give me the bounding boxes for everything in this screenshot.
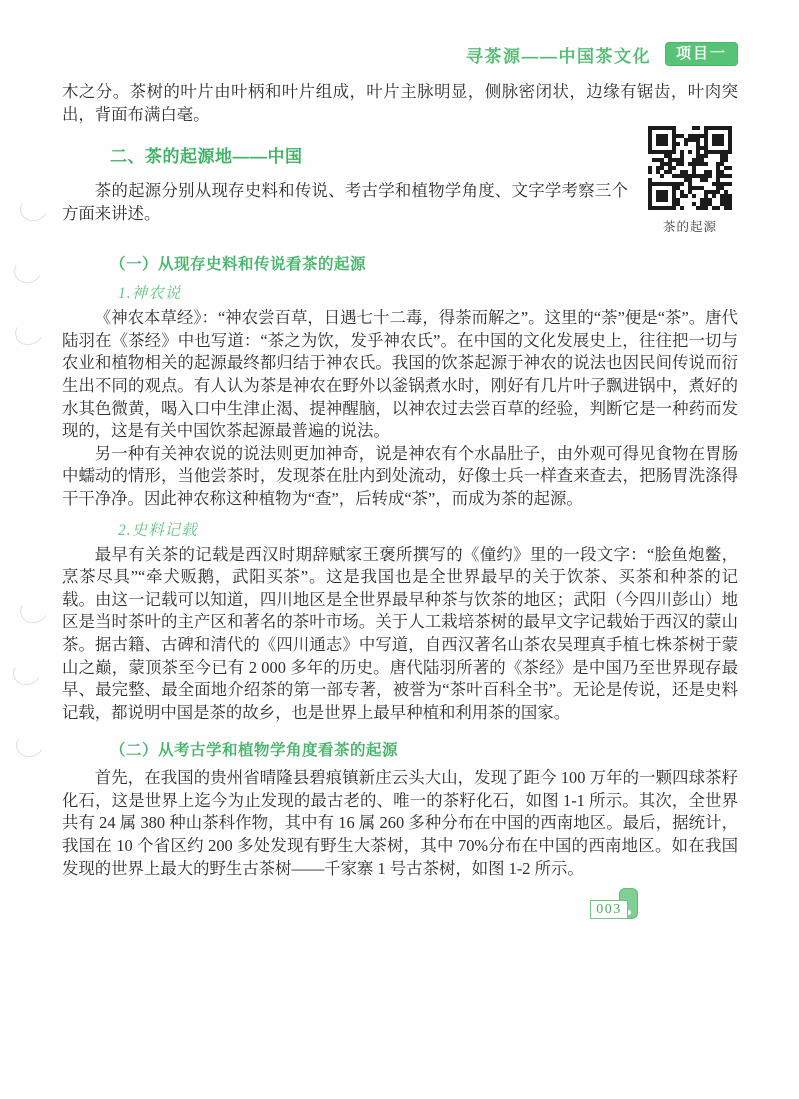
paragraph-shennong-1: 《神农本草经》：“神农尝百草，日遇七十二毒，得荼而解之”。这里的“荼”便是“茶”…: [62, 307, 738, 443]
paragraph-leaf-description: 木之分。茶树的叶片由叶柄和叶片组成，叶片主脉明显，侧脉密闭状，边缘有锯齿，叶肉突…: [62, 81, 738, 126]
item-heading-shennong: 1.神农说: [118, 281, 738, 303]
qr-code: [648, 126, 732, 210]
book-page: 寻茶源——中国茶文化 项目一 木之分。茶树的叶片由叶柄和叶片组成，叶片主脉明显，…: [0, 0, 799, 1099]
paragraph-overview: 茶的起源分别从现存史料和传说、考古学和植物学角度、文字学考察三个方面来讲述。: [62, 180, 738, 225]
page-number-badge: 003: [590, 888, 644, 922]
subsection-heading-archaeology: （二）从考古学和植物学角度看茶的起源: [110, 738, 738, 760]
subsection-heading-legend: （一）从现存史料和传说看茶的起源: [110, 252, 738, 274]
page-header: 寻茶源——中国茶文化 项目一: [62, 42, 738, 66]
item-heading-records: 2.史料记载: [118, 518, 738, 540]
paragraph-records: 最早有关茶的记载是西汉时期辞赋家王褒所撰写的《僮约》里的一段文字：“脍鱼炮鳖，烹…: [62, 544, 738, 725]
paragraph-archaeology: 首先，在我国的贵州省晴隆县碧痕镇新庄云头大山，发现了距今 100 万年的一颗四球…: [62, 767, 738, 880]
page-number-box: 003: [590, 900, 628, 919]
page-number: 003: [596, 903, 622, 917]
paragraph-shennong-2: 另一种有关神农说的说法则更加神奇，说是神农有个水晶肚子，由外观可得见食物在胃肠中…: [62, 443, 738, 511]
chapter-badge: 项目一: [665, 42, 738, 66]
qr-block: 茶的起源: [642, 126, 738, 235]
qr-caption: 茶的起源: [642, 217, 738, 235]
running-head-title: 寻茶源——中国茶文化: [466, 42, 651, 67]
